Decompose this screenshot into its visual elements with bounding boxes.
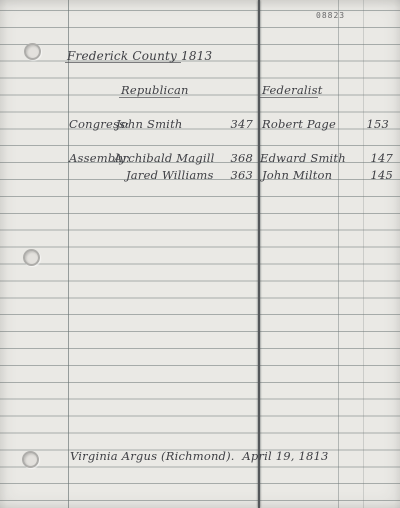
hole-punch-icon xyxy=(23,249,40,266)
ruled-lines xyxy=(0,10,400,508)
left-margin-line xyxy=(68,0,69,508)
right-column-line-faint xyxy=(363,0,364,508)
republican-votes: 368 xyxy=(227,153,253,165)
title-underline xyxy=(65,62,181,63)
federalist-candidate: John Milton xyxy=(262,170,332,182)
republican-candidate: John Smith xyxy=(116,119,183,131)
federalist-candidate: Robert Page xyxy=(262,119,336,131)
hole-punch-icon xyxy=(22,451,39,468)
page-title: Frederick County 1813 xyxy=(67,50,212,62)
federalist-candidate: Edward Smith xyxy=(260,153,346,165)
federalist-votes: 147 xyxy=(367,153,393,165)
column-header-federalist: Federalist xyxy=(262,85,323,97)
hole-punch-icon xyxy=(24,43,41,60)
republican-candidate: Archibald Magill xyxy=(114,153,214,165)
federalist-underline xyxy=(260,97,318,98)
republican-underline xyxy=(119,97,180,98)
federalist-votes: 153 xyxy=(365,119,389,131)
republican-votes: 347 xyxy=(227,119,253,131)
center-divider-line xyxy=(258,0,260,508)
federalist-votes: 145 xyxy=(367,170,393,182)
republican-votes: 363 xyxy=(227,170,253,182)
column-header-republican: Republican xyxy=(121,85,189,97)
source-citation: Virginia Argus (Richmond). April 19, 181… xyxy=(70,451,329,463)
right-column-line xyxy=(338,0,339,508)
scanned-ledger-page: 08823 Frederick County 1813 Republican F… xyxy=(0,0,400,508)
republican-candidate: Jared Williams xyxy=(126,170,214,182)
catalog-number: 08823 xyxy=(316,12,345,20)
